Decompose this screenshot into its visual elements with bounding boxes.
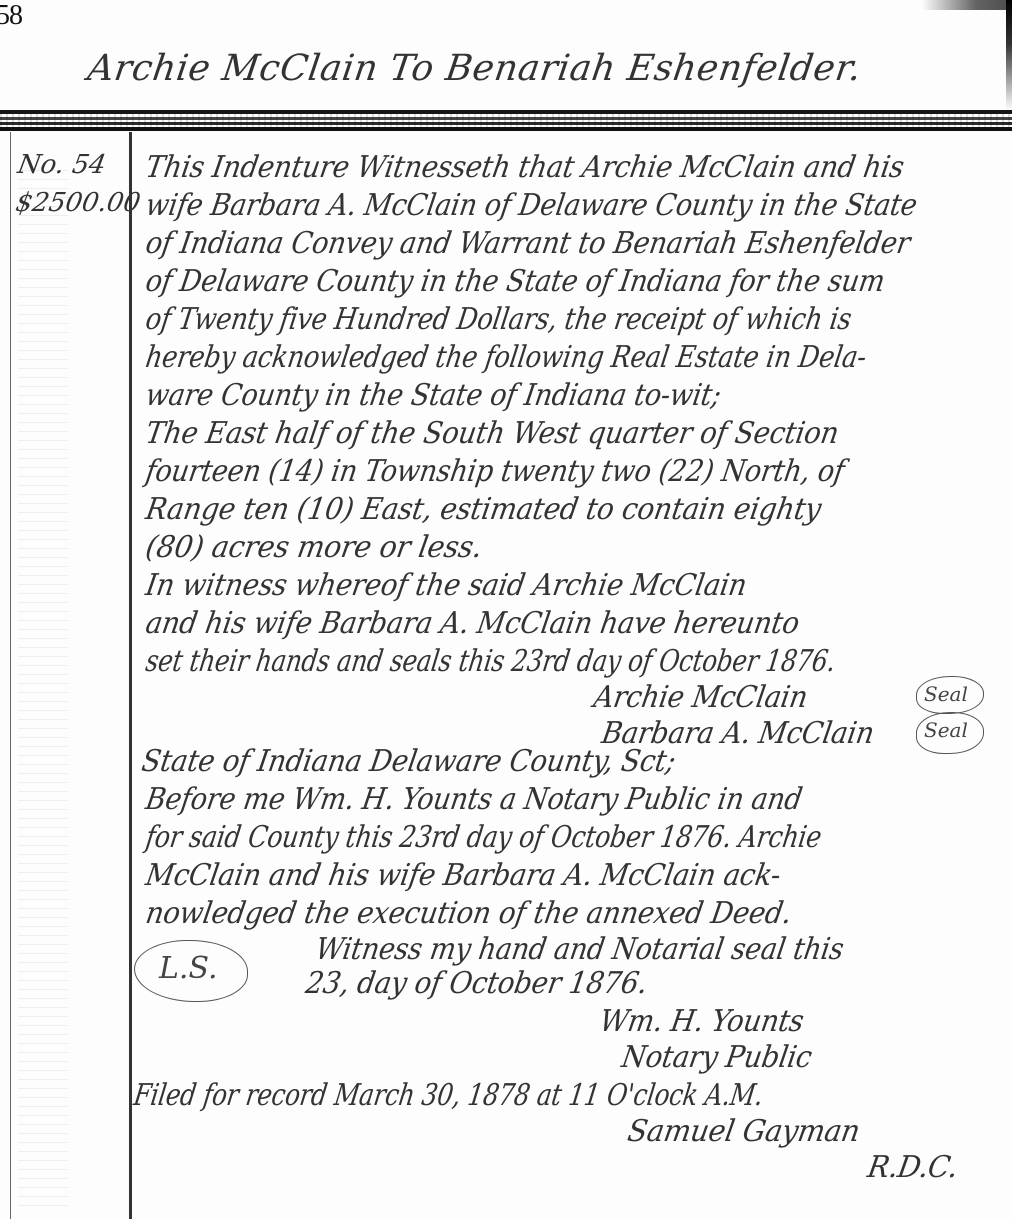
ack-line: nowledged the execution of the annexed D… — [143, 896, 794, 931]
signature-archie-mcclain: Archie McClain — [591, 680, 810, 715]
deed-line: wife Barbara A. McClain of Delaware Coun… — [143, 188, 919, 223]
margin-rule-main — [129, 132, 132, 1219]
ack-line: Before me Wm. H. Younts a Notary Public … — [143, 782, 804, 817]
deed-line: and his wife Barbara A. McClain have her… — [143, 606, 802, 641]
deed-line: of Indiana Convey and Warrant to Benaria… — [143, 226, 912, 261]
header-rule-band — [0, 110, 1012, 132]
margin-speckle — [18, 170, 68, 1210]
scan-smudge-right — [1006, 0, 1012, 110]
recorder-name: Samuel Gayman — [625, 1114, 862, 1149]
deed-line: of Twenty five Hundred Dollars, the rece… — [143, 302, 853, 337]
ack-line: for said County this 23rd day of October… — [143, 820, 823, 855]
deed-line: This Indenture Witnesseth that Archie Mc… — [143, 150, 906, 185]
deed-line: Range ten (10) East, estimated to contai… — [143, 492, 823, 527]
record-number: No. 54 — [15, 150, 108, 180]
filing-line: Filed for record March 30, 1878 at 11 O'… — [131, 1078, 765, 1113]
deed-line: The East half of the South West quarter … — [143, 416, 841, 451]
deed-line: In witness whereof the said Archie McCla… — [143, 568, 749, 603]
notarial-seal-label: L.S. — [159, 951, 217, 986]
deed-line: fourteen (14) in Township twenty two (22… — [143, 454, 846, 489]
ack-line: Witness my hand and Notarial seal this — [313, 932, 846, 967]
margin-rule-left — [10, 132, 11, 1219]
notarial-seal-icon: L.S. — [134, 940, 248, 1002]
recorder-title: R.D.C. — [865, 1150, 960, 1185]
ack-line: 23, day of October 1876. — [303, 966, 650, 1001]
deed-line: set their hands and seals this 23rd day … — [143, 644, 837, 679]
seal-label: Seal — [924, 718, 968, 742]
ack-line: McClain and his wife Barbara A. McClain … — [143, 858, 783, 893]
deed-line: (80) acres more or less. — [143, 530, 485, 565]
deed-line: hereby acknowledged the following Real E… — [143, 340, 868, 375]
scan-smudge-top — [922, 0, 1012, 10]
notary-title: Notary Public — [619, 1040, 814, 1075]
deed-line: of Delaware County in the State of India… — [143, 264, 887, 299]
page-title: Archie McClain To Benariah Eshenfelder. — [85, 48, 991, 89]
record-amount: $2500.00 — [13, 188, 142, 218]
deed-line: ware County in the State of Indiana to-w… — [143, 378, 723, 413]
ack-line: State of Indiana Delaware County, Sct; — [139, 744, 678, 779]
notary-name: Wm. H. Younts — [597, 1004, 806, 1039]
deed-record-page: 58 Archie McClain To Benariah Eshenfelde… — [0, 0, 1012, 1219]
page-number: 58 — [0, 0, 22, 32]
seal-label: Seal — [924, 682, 968, 706]
